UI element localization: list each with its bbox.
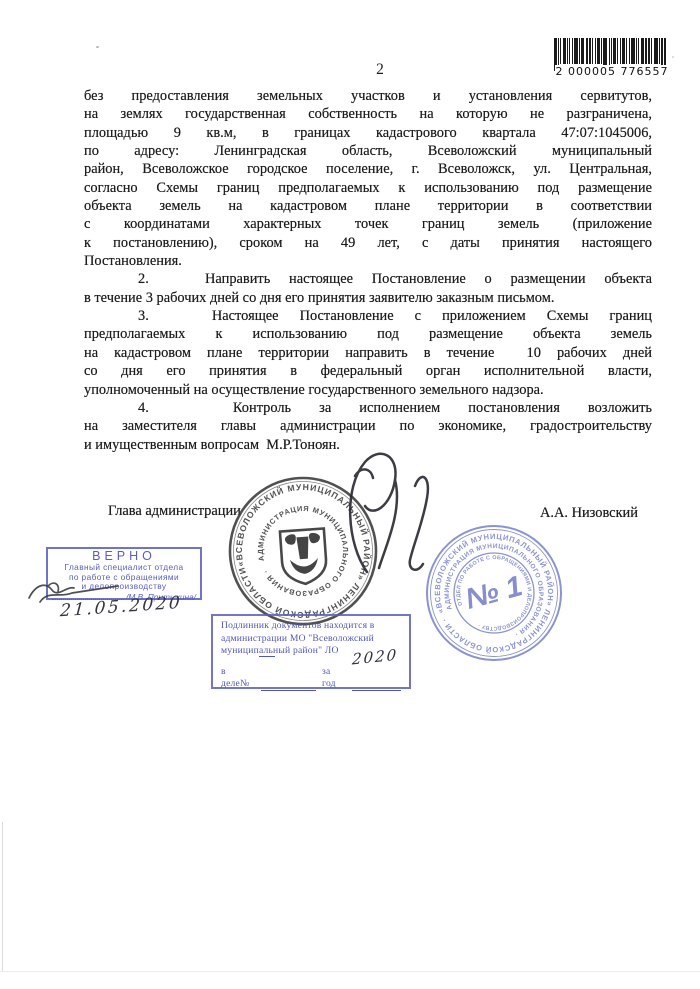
barcode-bar <box>638 38 639 64</box>
barcode-bar <box>622 38 625 64</box>
stamp-line: администрации МО "Всеволожский <box>221 633 401 646</box>
barcode-bar <box>586 38 589 64</box>
barcode-bar <box>648 38 649 64</box>
text-line: 4. Контроль за исполнением постановления… <box>84 399 652 417</box>
text-line: по адресу: Ленинградская область, Всевол… <box>84 142 652 160</box>
paragraph: 2. Направить настоящее Постановление о р… <box>84 270 652 307</box>
text-line: район, Всеволожское городское поселение,… <box>84 160 652 178</box>
barcode-bar <box>563 38 566 64</box>
text-line: объекта земель на кадастровом плане терр… <box>84 197 652 215</box>
barcode-bar <box>574 38 578 64</box>
year-field-label: за год <box>322 666 346 691</box>
scan-speck <box>96 46 99 48</box>
signer-name: А.А. Низовский <box>540 505 638 522</box>
text-line: предполагаемых к использованию под разме… <box>84 325 652 343</box>
text-line: без предоставления земельных участков и … <box>84 87 652 105</box>
coat-of-arms <box>280 528 328 585</box>
scan-edge-line <box>2 822 3 972</box>
barcode-bar <box>579 38 580 64</box>
text-line: на заместителя главы администрации по эк… <box>84 417 652 435</box>
barcode-bar <box>651 38 652 64</box>
barcode-bar <box>641 38 644 64</box>
scanned-document-page: 2 000005 776557 2 без предоставления зем… <box>0 0 700 989</box>
text-line: 2. Направить настоящее Постановление о р… <box>84 270 652 288</box>
text-line: к постановлению), сроком на 49 лет, с да… <box>84 234 652 252</box>
text-line: на землях государственная собственность … <box>84 105 652 123</box>
barcode-bar <box>560 38 561 64</box>
document-body-text: без предоставления земельных участков и … <box>84 87 652 454</box>
barcode-bar <box>589 38 590 64</box>
stray-pen-mark <box>259 656 275 657</box>
text-line: со дня его принятия в федеральный орган … <box>84 362 652 380</box>
barcode-bar <box>636 38 637 64</box>
stamp-line: Подлинник документов находится в <box>221 620 401 633</box>
barcode-bar <box>611 38 612 64</box>
paragraph: без предоставления земельных участков и … <box>84 87 652 270</box>
text-line: с координатами характерных точек границ … <box>84 215 652 233</box>
text-line: площадью 9 кв.м, в границах кадастрового… <box>84 124 652 142</box>
case-number-blank <box>261 682 316 691</box>
page-number: 2 <box>330 61 430 79</box>
paragraph: 3. Настоящее Постановление с приложением… <box>84 307 652 399</box>
barcode-bar <box>631 38 635 64</box>
year-blank <box>352 682 401 691</box>
barcode-bar <box>569 38 570 64</box>
case-field-label: в деле№ <box>221 666 255 691</box>
barcode-number-text: 2 000005 776557 <box>555 65 670 78</box>
barcode-number: 2 000005 776557 <box>551 65 673 78</box>
barcode-bar <box>620 38 621 64</box>
barcode-bar <box>629 38 630 64</box>
text-line: согласно Схемы границ предполагаемых к и… <box>84 179 652 197</box>
text-line: в течение 3 рабочих дней со дня его прин… <box>84 289 652 307</box>
barcode-bar <box>659 38 660 64</box>
barcode-bar <box>601 38 602 64</box>
barcode-bar <box>645 38 648 64</box>
barcode-bar <box>597 38 600 64</box>
barcode-bar <box>595 38 596 64</box>
barcode-bar <box>592 38 593 64</box>
case-number-row: в деле№ за год <box>221 666 401 691</box>
paragraph: 4. Контроль за исполнением постановления… <box>84 399 652 454</box>
text-line: на кадастровом плане территории направит… <box>84 344 652 362</box>
barcode-bar <box>581 38 584 64</box>
text-line: уполномоченный на осуществление государс… <box>84 381 652 399</box>
barcode-bar <box>654 38 658 64</box>
document-barcode: 2 000005 776557 <box>551 38 673 78</box>
barcode-bar <box>572 38 573 64</box>
scan-edge-line <box>0 971 700 972</box>
text-line: Постановления. <box>84 252 652 270</box>
barcode-bar <box>613 38 616 64</box>
barcode-bar <box>567 38 568 64</box>
seal-center-number: № 1 <box>462 570 526 616</box>
text-line: 3. Настоящее Постановление с приложением… <box>84 307 652 325</box>
barcode-bar <box>626 38 627 64</box>
barcode-bar <box>617 38 618 64</box>
